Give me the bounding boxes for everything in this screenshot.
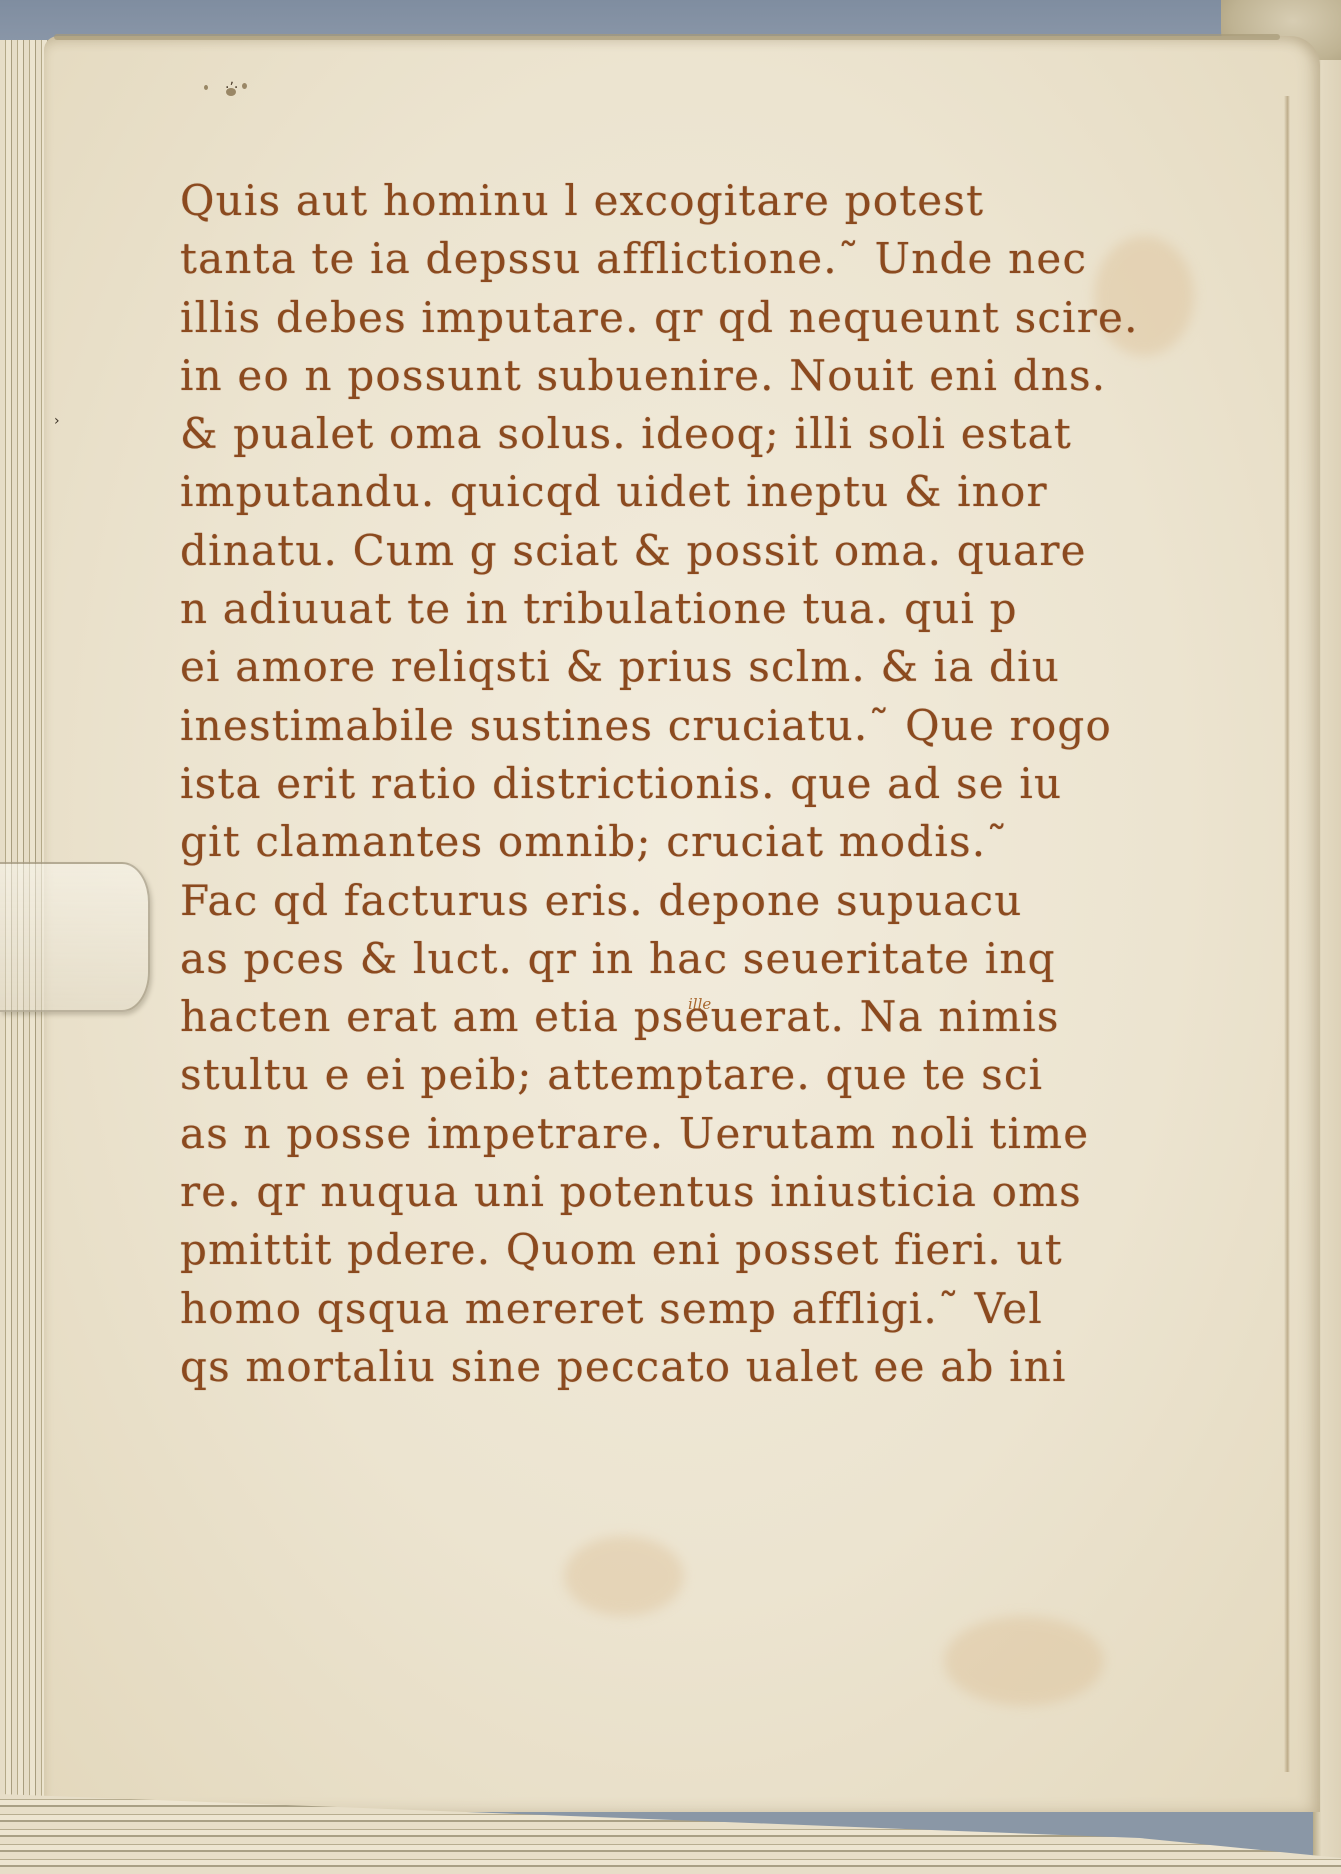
page-clip	[0, 862, 150, 1012]
text-line-4: in eo n possunt subuenire. Nouit eni dns…	[180, 347, 1240, 405]
leaf-top-edge	[54, 34, 1280, 40]
text-line-19: pmittit pdere. Quom eni posset fieri. ut	[180, 1221, 1240, 1279]
interlinear-gloss: ille	[688, 995, 711, 1013]
text-line-13: Fac qd facturus eris. depone supuacu	[180, 872, 1240, 930]
text-block: Quis aut hominu l excogitare potest tant…	[180, 172, 1240, 1396]
text-line-1: Quis aut hominu l excogitare potest	[180, 172, 1240, 230]
text-line-21: qs mortaliu sine peccato ualet ee ab ini	[180, 1338, 1240, 1396]
foxing-spot	[944, 1616, 1104, 1706]
text-line-5: & pualet oma solus. ideoq; illi soli est…	[180, 405, 1240, 463]
text-line-14: as pces & luct. qr in hac seueritate inq	[180, 930, 1240, 988]
foxing-spot	[564, 1536, 684, 1616]
text-line-8: n adiuuat te in tribulatione tua. qui p	[180, 580, 1240, 638]
left-margin-mark: ›	[54, 413, 60, 429]
ink-stain	[242, 83, 247, 89]
ink-stain	[204, 85, 208, 90]
text-line-2: tanta te ia depssu afflictione.˜ Unde ne…	[180, 230, 1240, 288]
text-line-6: imputandu. quicqd uidet ineptu & inor	[180, 463, 1240, 521]
leaf-right-fold	[1284, 96, 1290, 1772]
text-line-16: stultu e ei peib; attemptare. que te sci	[180, 1046, 1240, 1104]
text-line-9: ei amore reliqsti & prius sclm. & ia diu	[180, 638, 1240, 696]
text-line-7: dinatu. Cum g sciat & possit oma. quare	[180, 522, 1240, 580]
text-line-10: inestimabile sustines cruciatu.˜ Que rog…	[180, 697, 1240, 755]
text-line-12: git clamantes omnib; cruciat modis.˜	[180, 813, 1240, 871]
text-line-11: ista erit ratio districtionis. que ad se…	[180, 755, 1240, 813]
text-line-18: re. qr nuqua uni potentus iniusticia oms	[180, 1163, 1240, 1221]
top-marks: ·ʼ·	[225, 80, 238, 96]
text-line-17: as n posse impetrare. Uerutam noli time	[180, 1105, 1240, 1163]
text-line-3: illis debes imputare. qr qd nequeunt sci…	[180, 289, 1240, 347]
text-line-20: homo qsqua mereret semp affligi.˜ Vel	[180, 1280, 1240, 1338]
